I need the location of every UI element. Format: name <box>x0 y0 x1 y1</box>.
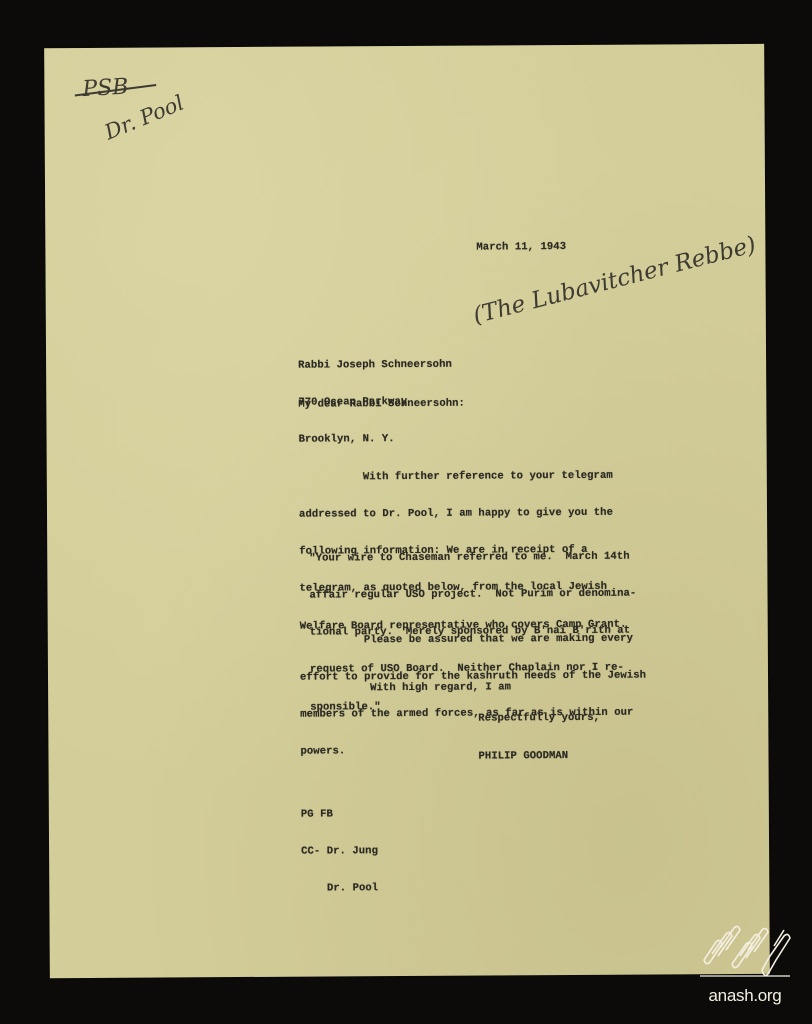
anash-watermark: anash.org <box>690 920 800 1020</box>
valediction: Respectfully yours, <box>478 712 600 725</box>
salutation: My dear Rabbi Schneersohn: <box>298 398 465 411</box>
watermark-text: anash.org <box>690 986 800 1006</box>
text-line: Please be assured that we are making eve… <box>300 632 646 647</box>
letter-date: March 11, 1943 <box>476 241 566 254</box>
text-line: addressed to Dr. Pool, I am happy to giv… <box>299 507 626 521</box>
text-line: "Your wire to Chaseman referred to me. M… <box>309 550 636 564</box>
body-paragraph-2: Please be assured that we are making eve… <box>300 608 647 784</box>
recipient-address-line2: Brooklyn, N. Y. <box>299 433 453 446</box>
cc-line: Dr. Pool <box>301 882 378 895</box>
signature-name: PHILIP GOODMAN <box>478 750 568 763</box>
text-line: affair regular USO project. Not Purim or… <box>309 588 636 602</box>
recipient-name: Rabbi Joseph Schneersohn <box>298 359 452 372</box>
text-line: powers. <box>300 744 646 759</box>
letter-page: PSB Dr. Pool March 11, 1943 (The Lubavit… <box>44 44 770 978</box>
text-line: With further reference to your telegram <box>299 469 626 483</box>
closing-line: With high regard, I am <box>370 681 511 694</box>
handwritten-crossed-initials: PSB <box>82 75 129 103</box>
reference-initials: PG FB <box>301 808 333 821</box>
cc-list: CC- Dr. Jung Dr. Pool <box>301 820 378 920</box>
anash-logo-icon <box>690 920 800 986</box>
cc-line: CC- Dr. Jung <box>301 845 378 858</box>
